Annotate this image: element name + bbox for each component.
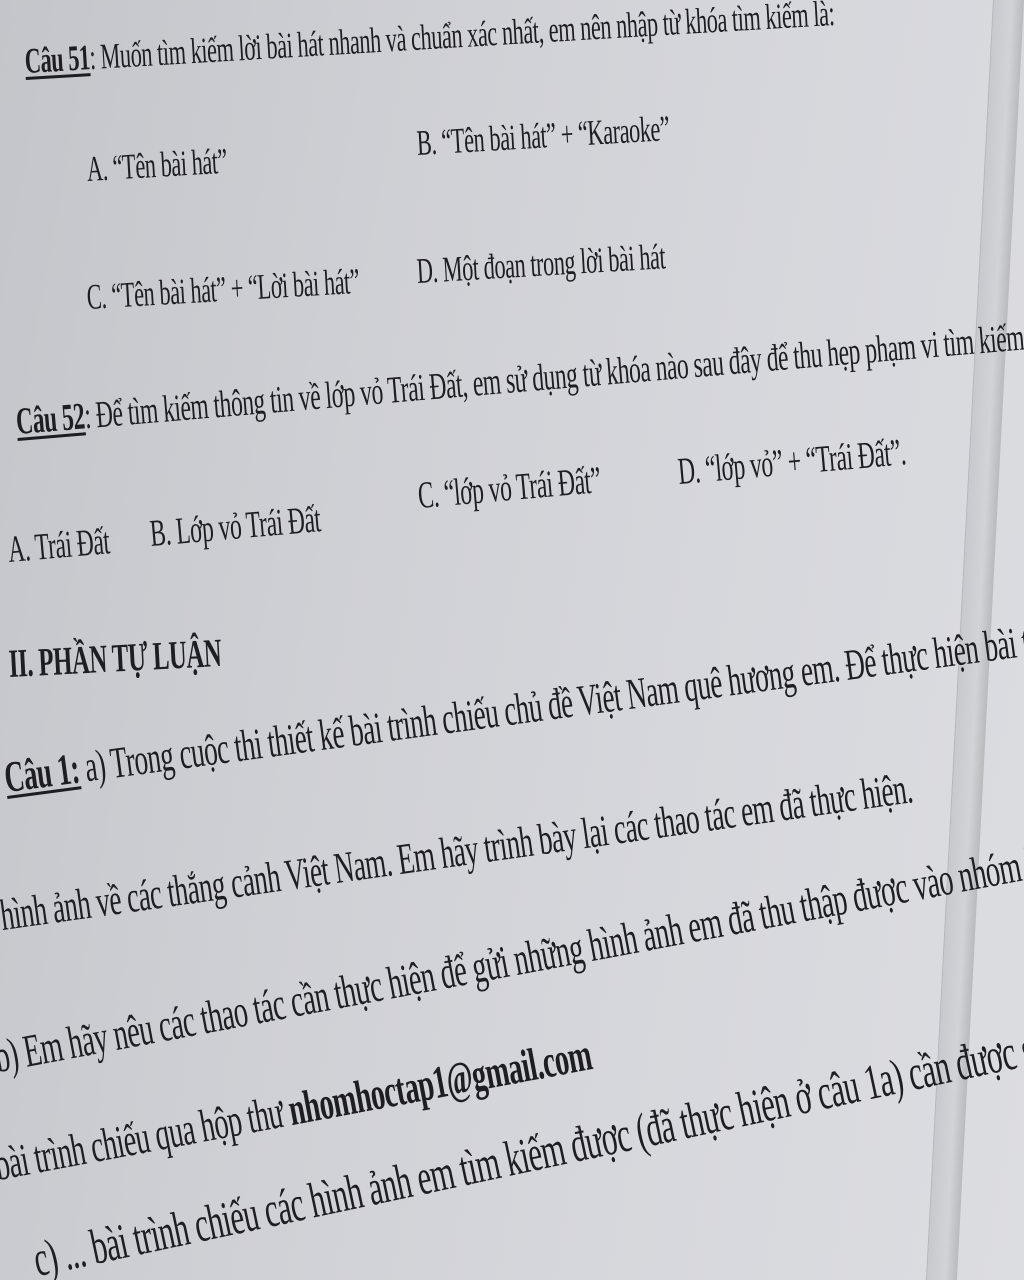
question-52-option-c: C. “lớp vỏ Trái Đất”: [416, 448, 714, 518]
question-52-option-b: B. Lớp vỏ Trái Đất: [148, 488, 426, 556]
question-51-option-a: A. “Tên bài hát”: [86, 135, 314, 190]
group-email-address: nhomhoctap1@gmail.com: [284, 1028, 595, 1135]
exam-page-photo: Câu 51: Muốn tìm kiếm lời bài hát nhanh …: [0, 0, 1024, 1280]
question-51-option-b: B. “Tên bài hát” + “Karaoke”: [416, 98, 826, 164]
question-51-label: Câu 51: [24, 37, 91, 81]
question-51: Câu 51: Muốn tìm kiếm lời bài hát nhanh …: [24, 0, 1024, 82]
section-title-essay: II. PHẦN TỰ LUẬN: [8, 622, 353, 687]
question-52-label: Câu 52: [14, 395, 86, 443]
essay-question-1-label: Câu 1:: [1, 744, 82, 802]
question-51-option-d: D. Một đoạn trong lời bài hát: [416, 226, 819, 292]
question-52-option-a: A. Trái Đất: [6, 514, 173, 572]
question-51-text: : Muốn tìm kiếm lời bài hát nhanh và chu…: [88, 0, 835, 77]
question-52-text: : Để tìm kiếm thông tin về lớp vỏ Trái Đ…: [83, 316, 1024, 438]
